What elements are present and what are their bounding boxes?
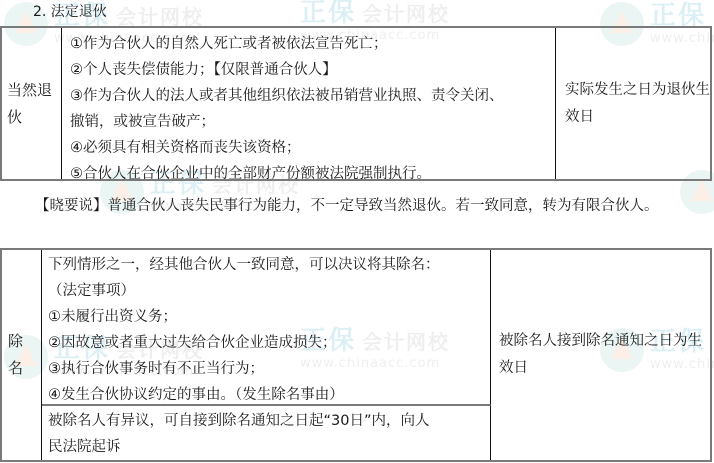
condition-item: ④必须具有相关资格而丧失该资格； xyxy=(70,135,555,161)
condition-item: ②因故意或者重大过失给合伙企业造成损失； xyxy=(48,330,490,356)
condition-item: ④发生合伙协议约定的事由。（发生除名事由） xyxy=(48,382,490,408)
table-automatic-withdrawal: 当然退伙 ①作为合伙人的自然人死亡或者被依法宣告死亡； ②个人丧失偿债能力；【仅… xyxy=(0,26,712,181)
table2-conditions-cell: 下列情形之一，经其他合伙人一致同意，可以决议将其除名： （法定事项） ①未履行出… xyxy=(42,250,491,406)
table1-conditions-cell: ①作为合伙人的自然人死亡或者被依法宣告死亡； ②个人丧失偿债能力；【仅限普通合伙… xyxy=(62,28,556,179)
table2-effective-cell: 被除名人接到除名通知之日为生效日 xyxy=(491,250,710,460)
condition-item: 撤销，或被宣告破产； xyxy=(70,109,555,135)
watermark-brand: 正保 xyxy=(300,0,356,28)
table2-effective: 被除名人接到除名通知之日为生效日 xyxy=(499,328,710,382)
condition-item: ③执行合伙事务时有不正当行为； xyxy=(48,356,490,382)
condition-item: 下列情形之一，经其他合伙人一致同意，可以决议将其除名： xyxy=(48,252,490,278)
table2-objection-cell: 被除名人有异议，可自接到除名通知之日起“30日”内，向人 民法院起诉 xyxy=(42,406,491,460)
watermark-brand-sub: 会计网校 xyxy=(362,2,450,26)
table1-label: 当然退伙 xyxy=(2,77,59,131)
table1-label-cell: 当然退伙 xyxy=(2,28,62,179)
condition-item: ②个人丧失偿债能力；【仅限普通合伙人】 xyxy=(70,57,555,83)
table2-label: 除名 xyxy=(8,328,28,382)
table1-effective-cell: 实际发生之日为退伙生效日 xyxy=(556,28,710,179)
section-heading: 2. 法定退伙 xyxy=(33,1,107,21)
table1-effective: 实际发生之日为退伙生效日 xyxy=(565,77,710,131)
table2-label-cell: 除名 xyxy=(2,250,42,460)
condition-item: （法定事项） xyxy=(48,278,490,304)
condition-item: ⑤合伙人在合伙企业中的全部财产份额被法院强制执行。 xyxy=(70,161,555,187)
explanatory-note: 【晓要说】普通合伙人丧失民事行为能力，不一定导致当然退伙。若一致同意，转为有限合… xyxy=(0,193,712,220)
condition-item: ①未履行出资义务； xyxy=(48,304,490,330)
table-expulsion: 除名 下列情形之一，经其他合伙人一致同意，可以决议将其除名： （法定事项） ①未… xyxy=(0,248,712,462)
objection-line: 被除名人有异议，可自接到除名通知之日起“30日”内，向人 xyxy=(48,408,490,434)
condition-item: ③作为合伙人的法人或者其他组织依法被吊销营业执照、责令关闭、 xyxy=(70,83,555,109)
condition-item: ①作为合伙人的自然人死亡或者被依法宣告死亡； xyxy=(70,31,555,57)
objection-line: 民法院起诉 xyxy=(48,434,490,460)
